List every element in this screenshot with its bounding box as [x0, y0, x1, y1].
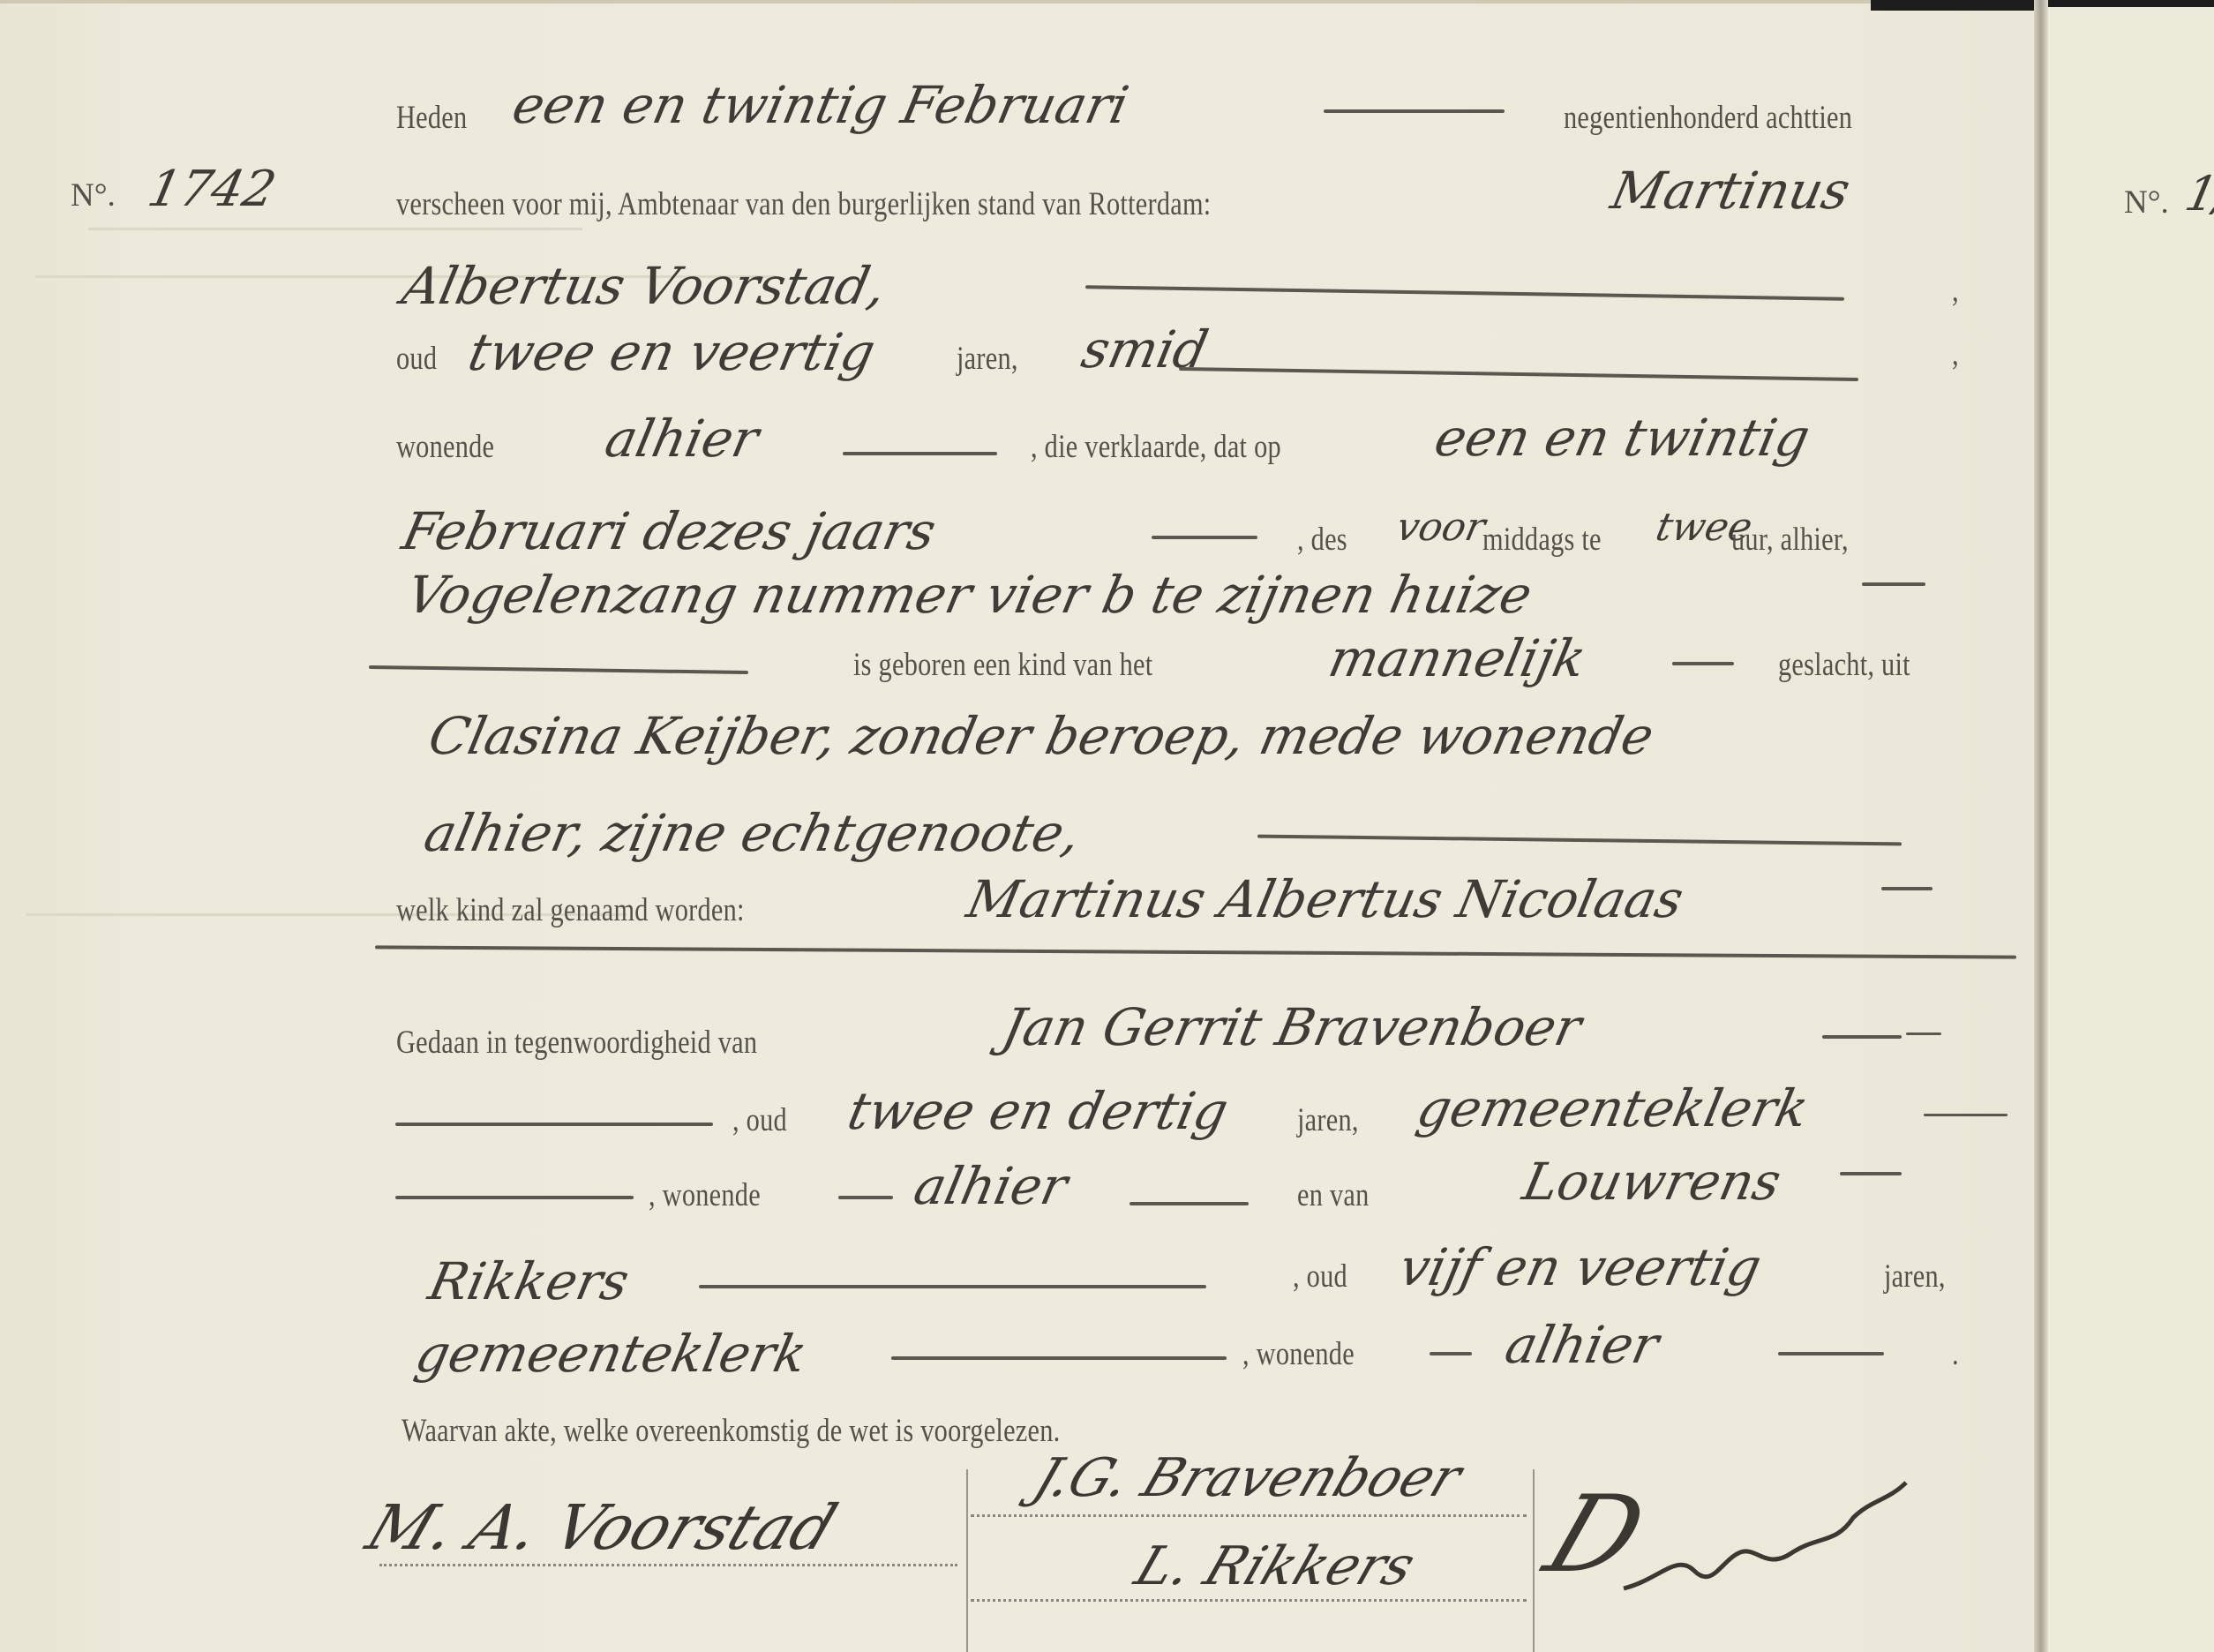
signature-divider — [1533, 1469, 1535, 1652]
page-top-edge — [0, 0, 1871, 4]
signature-line-witness2 — [971, 1599, 1527, 1602]
fill-line — [1924, 1114, 2008, 1116]
hand-witness1-age: twee en dertig — [843, 1081, 1234, 1141]
fill-line — [1324, 109, 1505, 113]
hand-birth-place: Vogelenzang nummer vier b te zijnen huiz… — [402, 565, 1537, 625]
printed-gedaan: Gedaan in tegenwoordigheid van — [396, 1024, 757, 1062]
printed-jaren: jaren, — [1297, 1101, 1359, 1139]
hand-witness1-name: Jan Gerrit Bravenboer — [997, 997, 1587, 1057]
act-number: 1742 — [143, 161, 281, 218]
printed-heden: Heden — [396, 99, 467, 137]
fill-line — [1130, 1202, 1249, 1205]
facing-page-number: 1/ — [2180, 166, 2214, 222]
hand-witness2-age: vijf en veertig — [1394, 1237, 1767, 1297]
printed-jaren: jaren, — [957, 340, 1018, 378]
hand-date-day: een en twintig Februari — [507, 75, 1134, 135]
signature-line-witness1 — [971, 1514, 1527, 1517]
act-number-label: N°. — [71, 176, 116, 214]
printed-verscheen: verscheen voor mij, Ambtenaar van den bu… — [396, 185, 1211, 223]
fill-line — [1672, 662, 1734, 665]
fill-line — [1179, 367, 1858, 381]
printed-waarvan: Waarvan akte, welke overeenkomstig de we… — [402, 1412, 1060, 1450]
signature-official-flourish — [1588, 1447, 1959, 1641]
printed-geboren: is geboren een kind van het — [853, 646, 1152, 684]
printed-middags: middags te — [1482, 521, 1602, 559]
hand-declarant-rest: Albertus Voorstad, — [397, 256, 891, 316]
fill-line — [1862, 582, 1925, 586]
fill-line — [369, 665, 748, 674]
hand-daypart: voor — [1392, 505, 1490, 550]
printed-verklaarde: , die verklaarde, dat op — [1031, 428, 1281, 466]
printed-geslacht: geslacht, uit — [1778, 646, 1910, 684]
printed-jaren: jaren, — [1884, 1258, 1946, 1295]
signature-line-declarant — [379, 1564, 957, 1566]
hand-sex: mannelijk — [1324, 628, 1591, 688]
hand-birth-month: Februari dezes jaars — [397, 501, 942, 561]
fill-line — [838, 1196, 893, 1199]
hand-declarant-first: Martinus — [1606, 161, 1855, 221]
signature-witness1: J.G. Bravenboer — [1025, 1447, 1469, 1509]
fill-line — [1822, 1035, 1902, 1039]
signature-divider — [966, 1469, 968, 1652]
closing-line — [375, 945, 2016, 958]
printed-comma: , — [1952, 272, 1959, 310]
printed-en-van: en van — [1297, 1176, 1370, 1214]
hand-child-name: Martinus Albertus Nicolaas — [962, 869, 1689, 929]
hand-mother: Clasina Keijber, zonder beroep, mede won… — [424, 706, 1659, 766]
hand-birth-day: een en twintig — [1430, 408, 1815, 468]
hand-witness2-residence: alhier — [1500, 1315, 1664, 1375]
signature-witness2: L. Rikkers — [1127, 1536, 1423, 1597]
fill-line — [395, 1196, 634, 1199]
printed-oud: oud — [396, 340, 437, 378]
fill-line — [1257, 835, 1902, 846]
hand-witness1-occupation: gemeenteklerk — [1412, 1078, 1813, 1138]
fill-line — [1881, 887, 1933, 890]
book-gutter — [2034, 0, 2048, 1652]
fill-line — [1778, 1352, 1884, 1355]
facing-page: N°. 1/ — [2048, 7, 2214, 1652]
printed-period: . — [1952, 1335, 1959, 1373]
printed-oud: , oud — [1293, 1258, 1347, 1295]
fill-line — [699, 1285, 1206, 1288]
printed-year: negentienhonderd achttien — [1564, 99, 1852, 137]
fill-line — [1430, 1352, 1472, 1355]
printed-wonende: , wonende — [649, 1176, 761, 1214]
printed-wonende: wonende — [396, 428, 494, 466]
facing-page-number-label: N°. — [2124, 184, 2169, 222]
hand-mother-residence: alhier, zijne echtgenoote, — [419, 803, 1085, 863]
hand-witness1-residence: alhier — [909, 1156, 1073, 1216]
fill-line — [1840, 1172, 1902, 1175]
hand-declarant-residence: alhier — [600, 409, 764, 469]
fill-line — [1906, 1032, 1941, 1035]
hand-declarant-age: twee en veertig — [463, 322, 881, 382]
signature-declarant: M. A. Voorstad — [357, 1491, 846, 1564]
register-page: N°. 1742 Heden een en twintig Februari n… — [0, 0, 2214, 1652]
printed-comma: , — [1952, 335, 1959, 373]
hand-witness2-last: Rikkers — [424, 1251, 634, 1311]
fill-line — [1085, 285, 1844, 301]
fill-line — [395, 1123, 713, 1126]
hand-witness2-occupation: gemeenteklerk — [410, 1324, 812, 1384]
printed-des: , des — [1297, 521, 1347, 559]
bleed-through-line — [88, 228, 582, 230]
printed-wonende: , wonende — [1242, 1335, 1355, 1373]
hand-witness2-first: Louwrens — [1518, 1152, 1786, 1212]
fill-line — [891, 1356, 1227, 1360]
printed-uur: uur, alhier, — [1731, 521, 1849, 559]
printed-genaamd: welk kind zal genaamd worden: — [396, 891, 745, 929]
fill-line — [843, 452, 997, 455]
printed-oud: , oud — [732, 1101, 787, 1139]
fill-line — [1152, 536, 1257, 539]
